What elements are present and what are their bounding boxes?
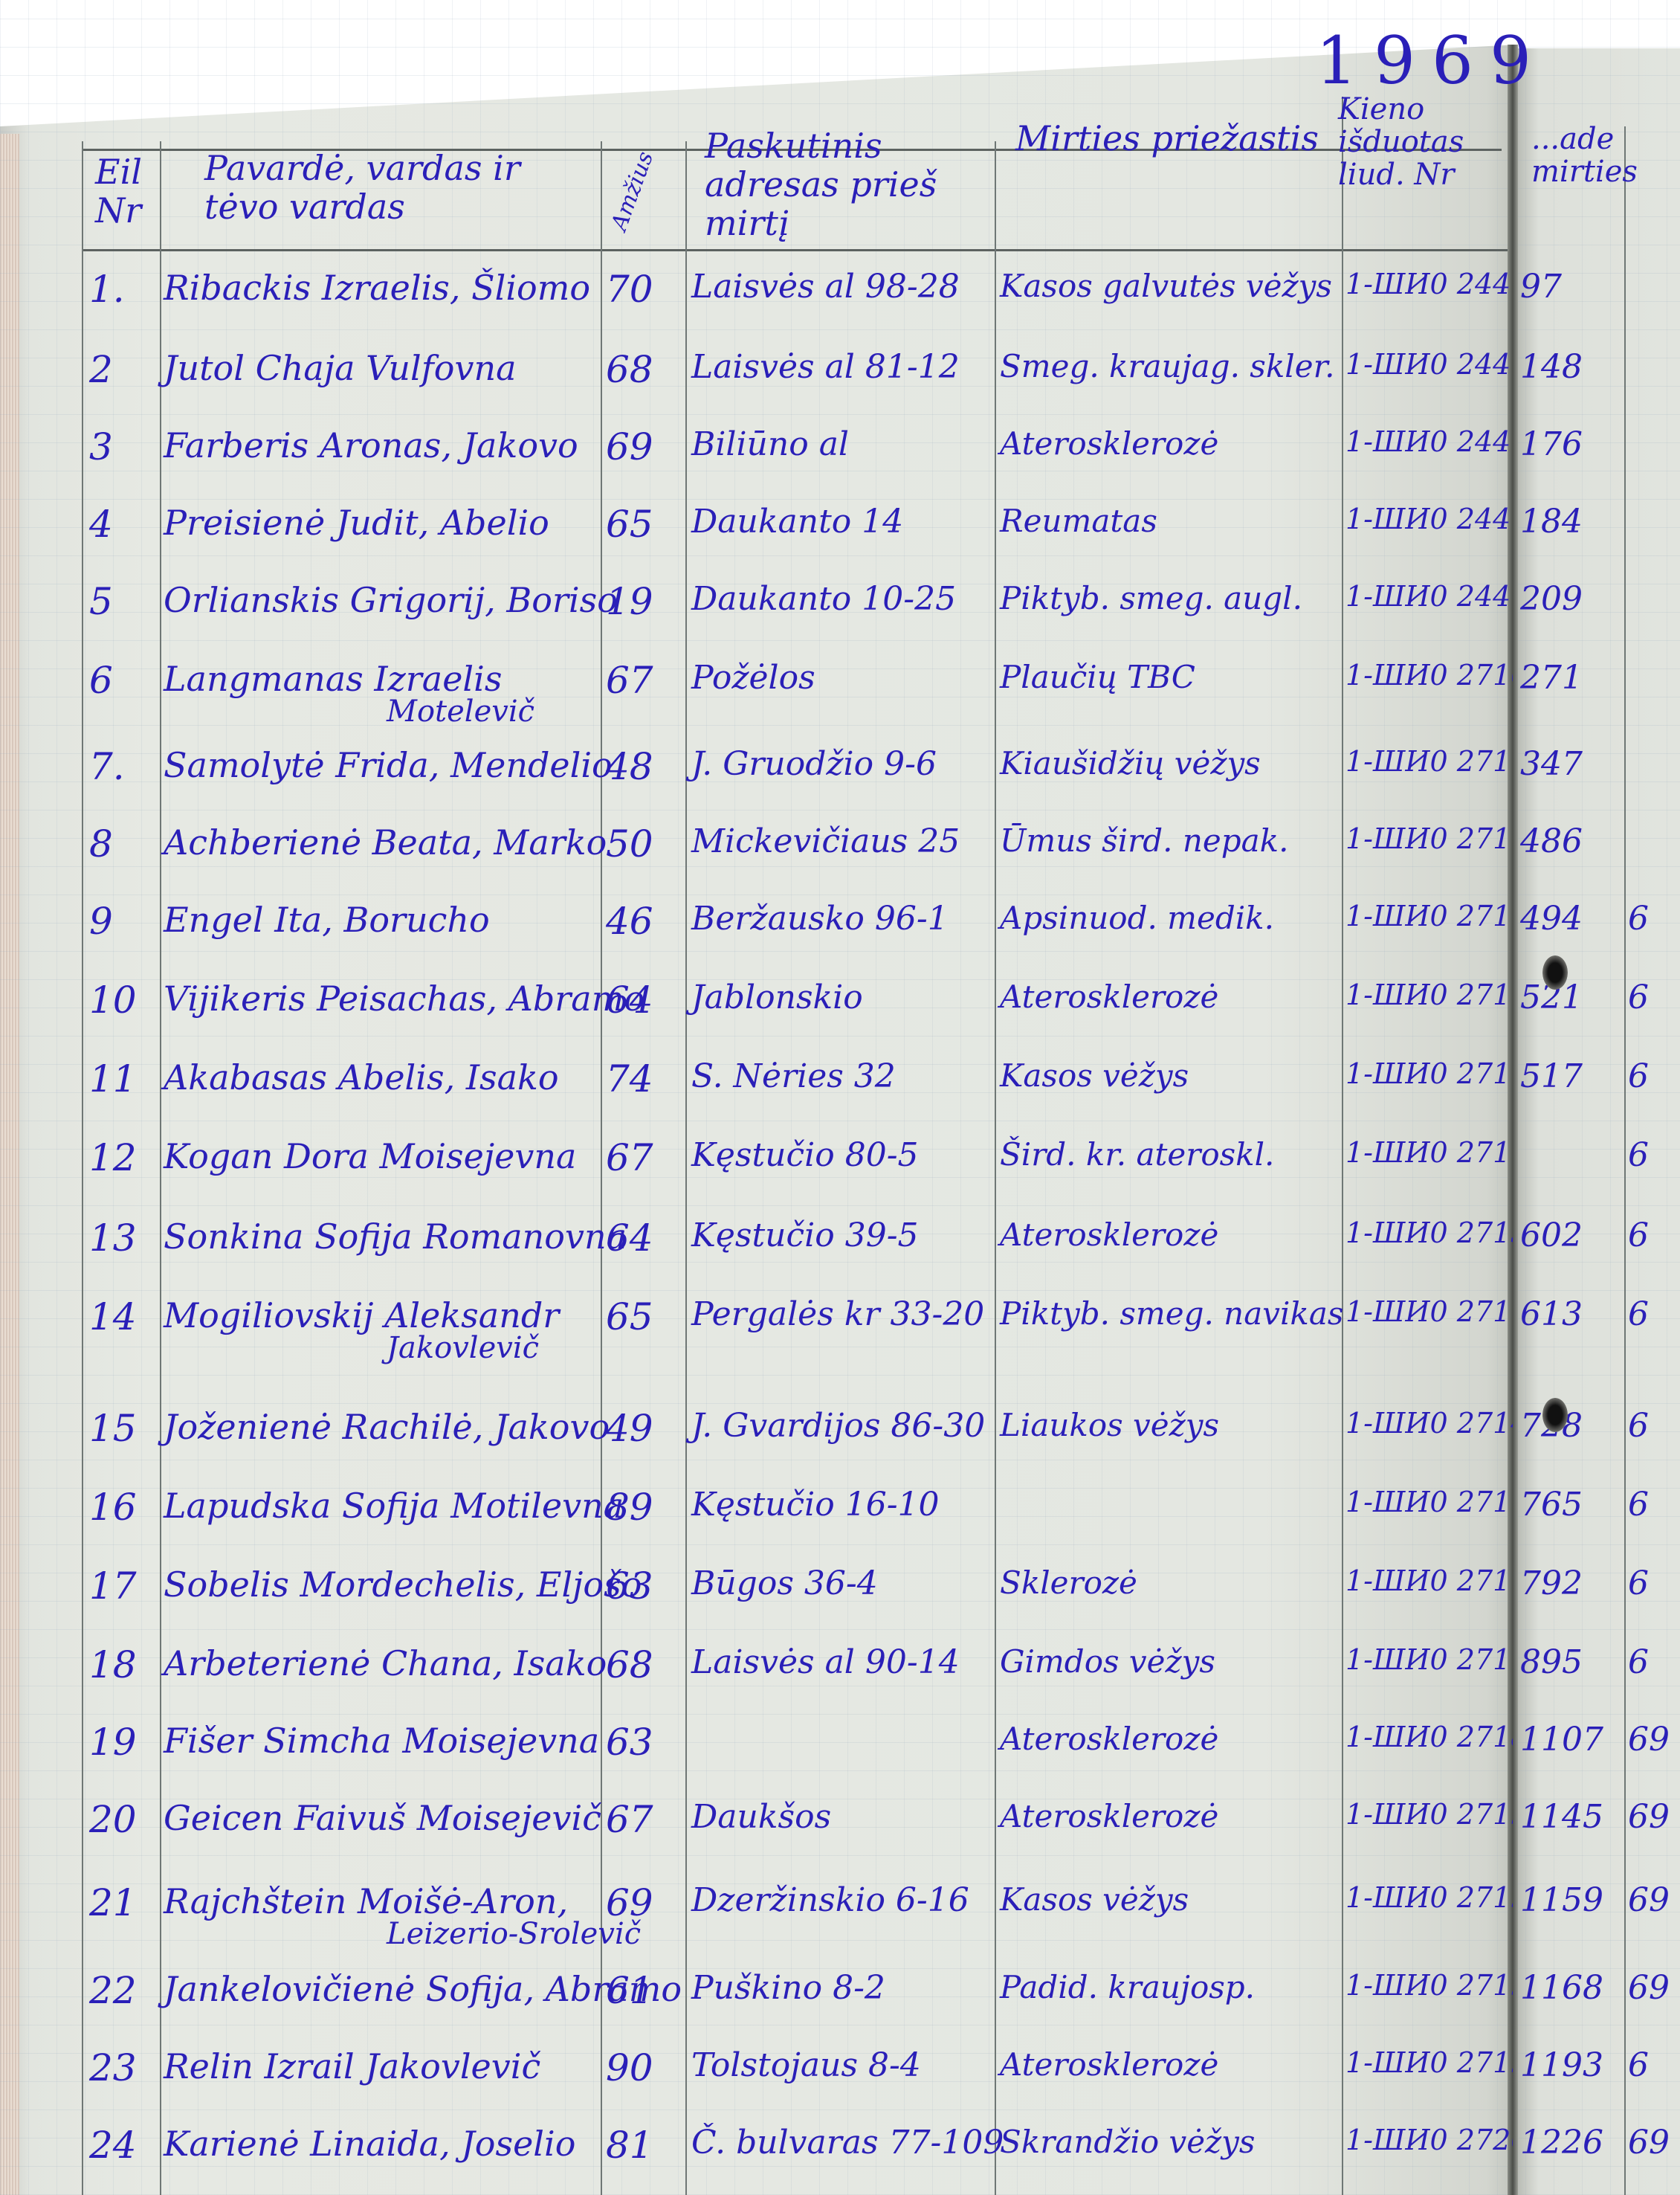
- cause-of-death: Kiaušidžių vėžys: [1000, 745, 1342, 781]
- adjacent-column-value: 6: [1628, 1295, 1680, 1333]
- row-number: 6: [89, 659, 156, 702]
- record-number: 1226: [1520, 2124, 1621, 2162]
- person-name: Lapudska Sofija Motilevna: [164, 1486, 602, 1526]
- cause-of-death: Šird. kr. ateroskl.: [1000, 1136, 1342, 1173]
- cause-of-death: Piktyb. smeg. navikas: [1000, 1295, 1342, 1332]
- record-number: 347: [1520, 745, 1621, 783]
- person-name: Arbeterienė Chana, Isako: [164, 1643, 602, 1683]
- last-address: Biliūno al: [691, 425, 996, 463]
- adjacent-column-value: 69: [1628, 1721, 1680, 1759]
- record-number: 517: [1520, 1057, 1621, 1095]
- record-number: 792: [1520, 1564, 1621, 1602]
- record-number: 494: [1520, 900, 1621, 938]
- record-number: 521: [1520, 979, 1621, 1016]
- row-number: 1.: [89, 268, 156, 311]
- certificate-number: 1-ШИ0 2719: [1345, 1969, 1513, 2002]
- adjacent-column-value: 69: [1628, 1798, 1680, 1836]
- row-number: 21: [89, 1881, 156, 1924]
- table-row: 4Preisienė Judit, Abelio65Daukanto 14Reu…: [0, 480, 1680, 558]
- certificate-number: 1-ШИ0 271: [1345, 900, 1513, 932]
- certificate-number: 1-ШИ0 244: [1345, 348, 1513, 381]
- cause-of-death: Aterosklerozė: [1000, 1721, 1342, 1757]
- age: 64: [606, 1216, 684, 1260]
- cause-of-death: Aterosklerozė: [1000, 425, 1342, 462]
- person-name: Sonkina Sofija Romanovna: [164, 1216, 602, 1257]
- cause-of-death: Piktyb. smeg. augl.: [1000, 580, 1342, 616]
- row-number: 14: [89, 1295, 156, 1338]
- certificate-number: 1-ШИ0 271: [1345, 1643, 1513, 1676]
- row-number: 10: [89, 979, 156, 1022]
- adjacent-column-value: 69: [1628, 2124, 1680, 2162]
- age: 70: [606, 268, 684, 311]
- header-address: Paskutinis adresas prieš mirtį: [705, 126, 987, 242]
- certificate-number: 1-ШИ0 244: [1345, 268, 1513, 300]
- age: 63: [606, 1564, 684, 1608]
- record-number: 1145: [1520, 1798, 1621, 1836]
- last-address: Požėlos: [691, 659, 996, 697]
- person-name: Achberienė Beata, Marko: [164, 822, 602, 863]
- last-address: Daukanto 10-25: [691, 580, 996, 618]
- table-row: 12Kogan Dora Moisejevna67Kęstučio 80-5Ši…: [0, 1114, 1680, 1194]
- last-address: Puškino 8-2: [691, 1969, 996, 2007]
- certificate-number: 1-ШИ0 271: [1345, 979, 1513, 1011]
- last-address: Pergalės kr 33-20: [691, 1295, 996, 1333]
- cause-of-death: Ūmus šird. nepak.: [1000, 822, 1342, 859]
- certificate-number: 1-ШИ0 2719: [1345, 2046, 1513, 2079]
- last-address: Mickevičiaus 25: [691, 822, 996, 860]
- ledger-rows: 1.Ribackis Izraelis, Šliomo70Laisvės al …: [0, 245, 1680, 2179]
- certificate-number: 1-ШИ0 271: [1345, 1057, 1513, 1090]
- cause-of-death: Apsinuod. medik.: [1000, 900, 1342, 936]
- record-number: 271: [1520, 659, 1621, 697]
- table-row: 5Orlianskis Grigorij, Boriso19Daukanto 1…: [0, 558, 1680, 636]
- record-number: 728: [1520, 1407, 1621, 1445]
- certificate-number: 1-ШИ0 2720: [1345, 2124, 1513, 2156]
- binding-hole: [1542, 955, 1568, 990]
- record-number: 1107: [1520, 1721, 1621, 1759]
- cause-of-death: Reumatas: [1000, 503, 1342, 539]
- cause-of-death: Skrandžio vėžys: [1000, 2124, 1342, 2160]
- adjacent-column-value: 6: [1628, 1057, 1680, 1095]
- record-number: 486: [1520, 822, 1621, 860]
- age: 68: [606, 1643, 684, 1686]
- person-name: Farberis Aronas, Jakovo: [164, 425, 602, 465]
- last-address: Laisvės al 98-28: [691, 268, 996, 306]
- person-name: Rajchštein Moišė-Aron,Leizerio-Srolevič: [164, 1881, 602, 1921]
- record-number: 1168: [1520, 1969, 1621, 2007]
- last-address: Jablonskio: [691, 979, 996, 1016]
- certificate-number: 1-ШИ0 271: [1345, 1486, 1513, 1518]
- age: 69: [606, 1881, 684, 1924]
- cause-of-death: Aterosklerozė: [1000, 1216, 1342, 1253]
- row-number: 7.: [89, 745, 156, 788]
- table-row: 21Rajchštein Moišė-Aron,Leizerio-Srolevi…: [0, 1859, 1680, 1947]
- binding-hole: [1542, 1398, 1568, 1432]
- certificate-number: 1-ШИ0 271: [1345, 1295, 1513, 1328]
- row-number: 19: [89, 1721, 156, 1764]
- person-name: Langmanas IzraelisMotelevič: [164, 659, 602, 699]
- certificate-number: 1-ШИ0 2714: [1345, 1407, 1513, 1440]
- age: 64: [606, 979, 684, 1022]
- person-name: Jankelovičienė Sofija, Abramo: [164, 1969, 602, 2009]
- table-row: 8Achberienė Beata, Marko50Mickevičiaus 2…: [0, 800, 1680, 877]
- row-number: 13: [89, 1216, 156, 1260]
- person-name: Ribackis Izraelis, Šliomo: [164, 268, 602, 308]
- header-cause: Mirties priežastis: [1011, 119, 1323, 158]
- cause-of-death: Smeg. kraujag. skler.: [1000, 348, 1342, 384]
- table-row: 1.Ribackis Izraelis, Šliomo70Laisvės al …: [0, 245, 1680, 326]
- table-row: 3Farberis Aronas, Jakovo69Biliūno alAter…: [0, 403, 1680, 480]
- age: 74: [606, 1057, 684, 1100]
- header-name: Pavardė, vardas ir tėvo vardas: [204, 149, 591, 226]
- age: 69: [606, 425, 684, 468]
- cause-of-death: Kasos galvutės vėžys: [1000, 268, 1342, 304]
- table-row: 9Engel Ita, Borucho46Beržausko 96-1Apsin…: [0, 877, 1680, 956]
- last-address: Daukšos: [691, 1798, 996, 1836]
- age: 19: [606, 580, 684, 623]
- person-name: Samolytė Frida, Mendelio: [164, 745, 602, 785]
- certificate-number: 1-ШИ0 271: [1345, 1564, 1513, 1597]
- person-name: Fišer Simcha Moisejevna: [164, 1721, 602, 1761]
- certificate-number: 1-ШИ0 271: [1345, 745, 1513, 778]
- record-number: 209: [1520, 580, 1621, 618]
- cause-of-death: Sklerozė: [1000, 1564, 1342, 1601]
- table-row: 22Jankelovičienė Sofija, Abramo61Puškino…: [0, 1947, 1680, 2024]
- adjacent-column-value: 6: [1628, 1564, 1680, 1602]
- age: 50: [606, 822, 684, 866]
- table-row: 19Fišer Simcha Moisejevna63Aterosklerozė…: [0, 1698, 1680, 1776]
- cause-of-death: Padid. kraujosp.: [1000, 1969, 1342, 2005]
- cause-of-death: Kasos vėžys: [1000, 1881, 1342, 1918]
- row-number: 16: [89, 1486, 156, 1529]
- row-number: 5: [89, 580, 156, 623]
- age: 67: [606, 1798, 684, 1841]
- record-number: 1193: [1520, 2046, 1621, 2084]
- age: 65: [606, 1295, 684, 1338]
- certificate-number: 1-ШИ0 244: [1345, 580, 1513, 613]
- person-name: Akabasas Abelis, Isako: [164, 1057, 602, 1097]
- table-row: 16Lapudska Sofija Motilevna89Kęstučio 16…: [0, 1463, 1680, 1542]
- cause-of-death: Plaučių TBC: [1000, 659, 1342, 695]
- header-nr: Eil Nr: [95, 152, 155, 230]
- person-name-text: Rajchštein Moišė-Aron,: [164, 1881, 568, 1921]
- row-number: 8: [89, 822, 156, 866]
- cause-of-death: Gimdos vėžys: [1000, 1643, 1342, 1680]
- certificate-number: 1-ШИ0 2713: [1345, 1216, 1513, 1249]
- cause-of-death: Liaukos vėžys: [1000, 1407, 1342, 1443]
- cause-of-death: Aterosklerozė: [1000, 979, 1342, 1015]
- table-row: 13Sonkina Sofija Romanovna64Kęstučio 39-…: [0, 1194, 1680, 1273]
- person-name: Karienė Linaida, Joselio: [164, 2124, 602, 2164]
- certificate-number: 1-ШИ0 2710: [1345, 659, 1513, 692]
- adjacent-column-value: 6: [1628, 1643, 1680, 1681]
- row-number: 22: [89, 1969, 156, 2012]
- table-row: 24Karienė Linaida, Joselio81Č. bulvaras …: [0, 2101, 1680, 2179]
- adjacent-column-value: 6: [1628, 1216, 1680, 1254]
- last-address: Beržausko 96-1: [691, 900, 996, 938]
- cause-of-death: Aterosklerozė: [1000, 2046, 1342, 2083]
- header-certificate: Kieno išduotas liud. Nr: [1338, 93, 1509, 191]
- table-row: 15Joženienė Rachilė, Jakovo49J. Gvardijo…: [0, 1385, 1680, 1463]
- certificate-number: 1-ШИ0 271: [1345, 822, 1513, 855]
- table-row: 18Arbeterienė Chana, Isako68Laisvės al 9…: [0, 1621, 1680, 1698]
- person-name-text: Langmanas Izraelis: [164, 659, 502, 699]
- adjacent-column-value: 69: [1628, 1969, 1680, 2007]
- age: 49: [606, 1407, 684, 1450]
- certificate-number: 1-ШИ0 244: [1345, 503, 1513, 535]
- ledger-year: 1969: [1316, 22, 1548, 99]
- person-name: Orlianskis Grigorij, Boriso: [164, 580, 602, 620]
- row-number: 11: [89, 1057, 156, 1100]
- person-name: Preisienė Judit, Abelio: [164, 503, 602, 543]
- last-address: Laisvės al 81-12: [691, 348, 996, 386]
- age: 65: [606, 503, 684, 546]
- last-address: Daukanto 14: [691, 503, 996, 541]
- person-name: Joženienė Rachilė, Jakovo: [164, 1407, 602, 1447]
- header-record: ...ade mirties: [1531, 123, 1628, 188]
- row-number: 9: [89, 900, 156, 943]
- table-row: 23Relin Izrail Jakovlevič90Tolstojaus 8-…: [0, 2024, 1680, 2101]
- row-number: 24: [89, 2124, 156, 2167]
- adjacent-column-value: 6: [1628, 2046, 1680, 2084]
- adjacent-column-value: 6: [1628, 979, 1680, 1016]
- age: 61: [606, 1969, 684, 2012]
- certificate-number: 1-ШИ0 244: [1345, 425, 1513, 458]
- last-address: S. Nėries 32: [691, 1057, 996, 1095]
- adjacent-column-value: 69: [1628, 1881, 1680, 1919]
- row-number: 18: [89, 1643, 156, 1686]
- row-number: 2: [89, 348, 156, 391]
- last-address: J. Gvardijos 86-30: [691, 1407, 996, 1445]
- table-row: 14Mogiliovskij AleksandrJakovlevič65Perg…: [0, 1273, 1680, 1385]
- age: 48: [606, 745, 684, 788]
- person-name-text: Mogiliovskij Aleksandr: [164, 1295, 559, 1335]
- age: 90: [606, 2046, 684, 2089]
- age: 46: [606, 900, 684, 943]
- last-address: Kęstučio 39-5: [691, 1216, 996, 1254]
- row-number: 17: [89, 1564, 156, 1608]
- person-name: Geicen Faivuš Moisejevič: [164, 1798, 602, 1838]
- record-number: 148: [1520, 348, 1621, 386]
- record-number: 97: [1520, 268, 1621, 306]
- record-number: 613: [1520, 1295, 1621, 1333]
- last-address: Būgos 36-4: [691, 1564, 996, 1602]
- record-number: 184: [1520, 503, 1621, 541]
- adjacent-column-value: 6: [1628, 1136, 1680, 1174]
- adjacent-column-value: 6: [1628, 1486, 1680, 1524]
- row-number: 12: [89, 1136, 156, 1179]
- last-address: Č. bulvaras 77-109: [691, 2124, 996, 2162]
- row-number: 3: [89, 425, 156, 468]
- last-address: J. Gruodžio 9-6: [691, 745, 996, 783]
- age: 81: [606, 2124, 684, 2167]
- certificate-number: 1-ШИ0 2719: [1345, 1881, 1513, 1914]
- age: 63: [606, 1721, 684, 1764]
- last-address: Dzeržinskio 6-16: [691, 1881, 996, 1919]
- certificate-number: 1-ШИ0 2718: [1345, 1721, 1513, 1753]
- record-number: 1159: [1520, 1881, 1621, 1919]
- row-number: 23: [89, 2046, 156, 2089]
- last-address: Kęstučio 16-10: [691, 1486, 996, 1524]
- table-row: 6Langmanas IzraelisMotelevič67PožėlosPla…: [0, 636, 1680, 723]
- last-address: Tolstojaus 8-4: [691, 2046, 996, 2084]
- record-number: 765: [1520, 1486, 1621, 1524]
- certificate-number: 1-ШИ0 271: [1345, 1136, 1513, 1169]
- record-number: 895: [1520, 1643, 1621, 1681]
- age: 67: [606, 659, 684, 702]
- last-address: Kęstučio 80-5: [691, 1136, 996, 1174]
- table-row: 2Jutol Chaja Vulfovna68Laisvės al 81-12S…: [0, 326, 1680, 403]
- person-name: Sobelis Mordechelis, Eljošo: [164, 1564, 602, 1605]
- person-name-continuation: Jakovlevič: [387, 1331, 539, 1365]
- adjacent-column-value: 6: [1628, 1407, 1680, 1445]
- row-number: 4: [89, 503, 156, 546]
- record-number: 176: [1520, 425, 1621, 463]
- age: 68: [606, 348, 684, 391]
- last-address: Laisvės al 90-14: [691, 1643, 996, 1681]
- age: 89: [606, 1486, 684, 1529]
- person-name: Relin Izrail Jakovlevič: [164, 2046, 602, 2086]
- person-name: Kogan Dora Moisejevna: [164, 1136, 602, 1176]
- table-row: 7.Samolytė Frida, Mendelio48J. Gruodžio …: [0, 723, 1680, 800]
- table-row: 10Vijikeris Peisachas, Abramo64Jablonski…: [0, 956, 1680, 1035]
- table-row: 11Akabasas Abelis, Isako74S. Nėries 32Ka…: [0, 1035, 1680, 1114]
- certificate-number: 1-ШИ0 2719: [1345, 1798, 1513, 1831]
- person-name: Mogiliovskij AleksandrJakovlevič: [164, 1295, 602, 1335]
- person-name: Vijikeris Peisachas, Abramo: [164, 979, 602, 1019]
- cause-of-death: Kasos vėžys: [1000, 1057, 1342, 1094]
- record-number: 602: [1520, 1216, 1621, 1254]
- row-number: 15: [89, 1407, 156, 1450]
- table-row: 20Geicen Faivuš Moisejevič67DaukšosAtero…: [0, 1776, 1680, 1859]
- adjacent-column-value: 6: [1628, 900, 1680, 938]
- person-name: Jutol Chaja Vulfovna: [164, 348, 602, 388]
- person-name: Engel Ita, Borucho: [164, 900, 602, 940]
- row-number: 20: [89, 1798, 156, 1841]
- age: 67: [606, 1136, 684, 1179]
- table-row: 17Sobelis Mordechelis, Eljošo63Būgos 36-…: [0, 1542, 1680, 1621]
- cause-of-death: Aterosklerozė: [1000, 1798, 1342, 1834]
